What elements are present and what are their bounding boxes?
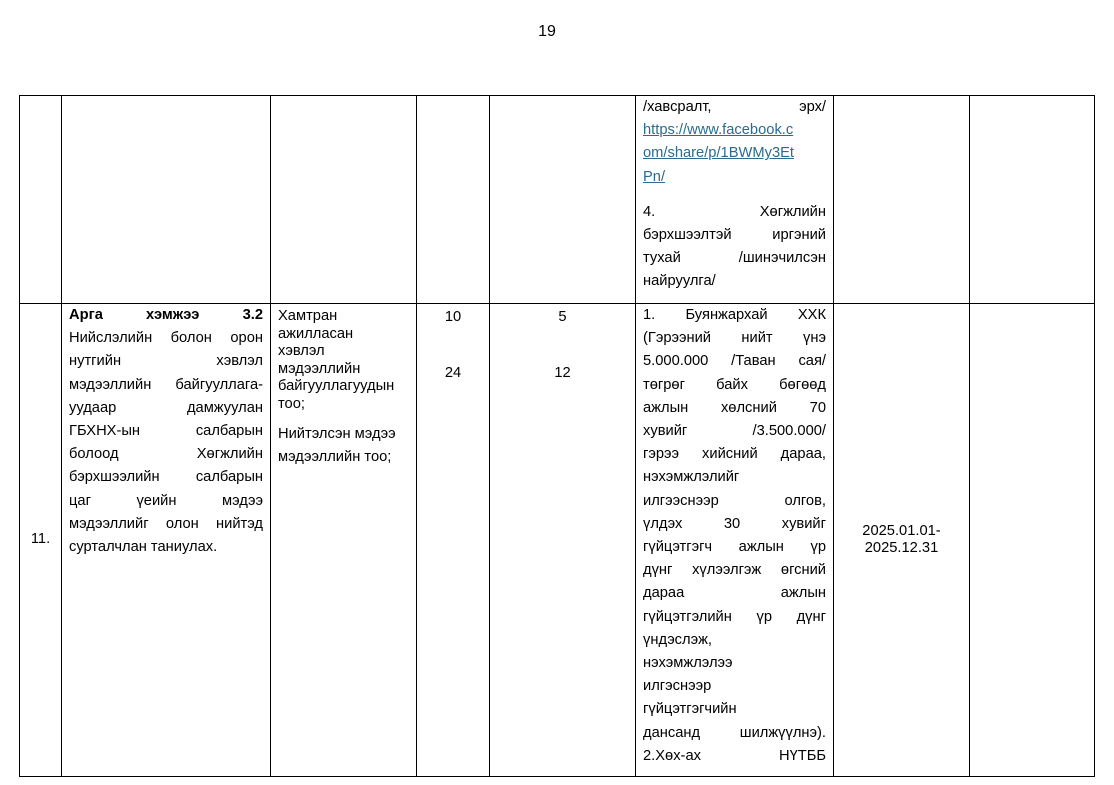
actual-value-2: 12 <box>497 362 628 385</box>
activity-table: /хавсралт, эрх/ https://www.facebook.com… <box>19 95 1095 777</box>
measure-line: Нийслэлийн болон орон <box>69 327 263 350</box>
measure-line: мэдээллийн байгууллага- <box>69 374 263 397</box>
indicator-1: Хамтранажилласанхэвлэлмэдээллийнбайгуулл… <box>278 308 409 413</box>
cell-period <box>834 96 970 304</box>
report-item-4-line: бэрхшээлтэй иргэний <box>643 224 826 247</box>
cell-number <box>20 96 62 304</box>
report-line: дансанд шилжүүлнэ). <box>643 722 826 745</box>
cell-measure <box>62 96 271 304</box>
report-line: гүйцэтгэгч ажлын үр <box>643 536 826 559</box>
target-value-2: 24 <box>424 362 482 385</box>
report-item-4-line: 4. Хөгжлийн <box>643 201 826 224</box>
indicator-line: Нийтэлсэн мэдээ <box>278 423 409 446</box>
note-cell <box>970 304 1095 777</box>
cell-indicator <box>271 96 417 304</box>
measure-line: уудаар дамжуулан <box>69 397 263 420</box>
report-text: 1. Буянжархай ХХК(Гэрээний нийт үнэ5.000… <box>643 304 826 768</box>
report-line: дараа ажлын <box>643 582 826 605</box>
measure-line: цаг үеийн мэдээ <box>69 490 263 513</box>
measure-line: нутгийн хэвлэл <box>69 350 263 373</box>
cell-note <box>970 96 1095 304</box>
report-line: нэхэмжлэлээ <box>643 652 826 675</box>
row-number: 11. <box>20 304 62 777</box>
report-cell: 1. Буянжархай ХХК(Гэрээний нийт үнэ5.000… <box>636 304 834 777</box>
page-number: 19 <box>0 22 1094 42</box>
facebook-link-line[interactable]: https://www.facebook.c <box>643 119 826 142</box>
measure-line: мэдээллийг олон нийтэд <box>69 513 263 536</box>
report-line: 2.Хөх-ах НҮТББ <box>643 745 826 768</box>
report-line: гэрээ хийсний дараа, <box>643 443 826 466</box>
report-line: 1. Буянжархай ХХК <box>643 304 826 327</box>
report-item-4-line: тухай /шинэчилсэн <box>643 247 826 270</box>
report-line: ажлын хөлсний 70 <box>643 397 826 420</box>
report-text-line: /хавсралт, эрх/ <box>643 96 826 119</box>
indicator-line: Хамтран <box>278 308 409 326</box>
report-line: хувийг /3.500.000/ <box>643 420 826 443</box>
measure-description: Нийслэлийн болон ороннутгийн хэвлэлмэдээ… <box>69 327 263 559</box>
measure-line: бэрхшээлийн салбарын <box>69 466 263 489</box>
report-line: гүйцэтгэгчийн <box>643 698 826 721</box>
indicator-line: тоо; <box>278 396 409 414</box>
facebook-link[interactable]: https://www.facebook.com/share/p/1BWMy3E… <box>643 119 826 189</box>
indicator-line: ажилласан <box>278 326 409 344</box>
indicator-line: байгууллагуудын <box>278 378 409 396</box>
report-line: илгэснээр <box>643 675 826 698</box>
period-start: 2025.01.01- <box>841 523 962 540</box>
actual-cell: 5 12 <box>490 304 636 777</box>
indicator-2: Нийтэлсэн мэдээмэдээллийн тоо; <box>278 423 409 469</box>
target-cell: 10 24 <box>417 304 490 777</box>
target-value-1: 10 <box>424 306 482 329</box>
report-item-4-line: найруулга/ <box>643 270 826 293</box>
period-end: 2025.12.31 <box>841 540 962 557</box>
report-line: нэхэмжлэлийг <box>643 466 826 489</box>
measure-line: сурталчлан таниулах. <box>69 536 263 559</box>
report-line: үндэслэж, <box>643 629 826 652</box>
period-cell: 2025.01.01- 2025.12.31 <box>834 304 970 777</box>
table-row-11: 11. Арга хэмжээ 3.2 Нийслэлийн болон оро… <box>20 304 1095 777</box>
report-line: (Гэрээний нийт үнэ <box>643 327 826 350</box>
table-row-continued: /хавсралт, эрх/ https://www.facebook.com… <box>20 96 1095 304</box>
measure-line: ГБХНХ-ын салбарын <box>69 420 263 443</box>
measure-cell: Арга хэмжээ 3.2 Нийслэлийн болон ороннут… <box>62 304 271 777</box>
indicator-line: хэвлэл <box>278 343 409 361</box>
measure-title: Арга хэмжээ 3.2 <box>69 304 263 327</box>
measure-line: болоод Хөгжлийн <box>69 443 263 466</box>
indicator-cell: Хамтранажилласанхэвлэлмэдээллийнбайгуулл… <box>271 304 417 777</box>
indicator-line: мэдээллийн тоо; <box>278 446 409 469</box>
facebook-link-line[interactable]: Pn/ <box>643 166 826 189</box>
report-line: дүнг хүлээлгэж өгсний <box>643 559 826 582</box>
report-line: илгээснээр олгов, <box>643 490 826 513</box>
report-line: төгрөг байх бөгөөд <box>643 374 826 397</box>
report-line: үлдэх 30 хувийг <box>643 513 826 536</box>
report-line: 5.000.000 /Таван сая/ <box>643 350 826 373</box>
cell-actual <box>490 96 636 304</box>
indicator-line: мэдээллийн <box>278 361 409 379</box>
cell-target <box>417 96 490 304</box>
actual-value-1: 5 <box>497 306 628 329</box>
cell-report: /хавсралт, эрх/ https://www.facebook.com… <box>636 96 834 304</box>
facebook-link-line[interactable]: om/share/p/1BWMy3Et <box>643 142 826 165</box>
report-line: гүйцэтгэлийн үр дүнг <box>643 606 826 629</box>
